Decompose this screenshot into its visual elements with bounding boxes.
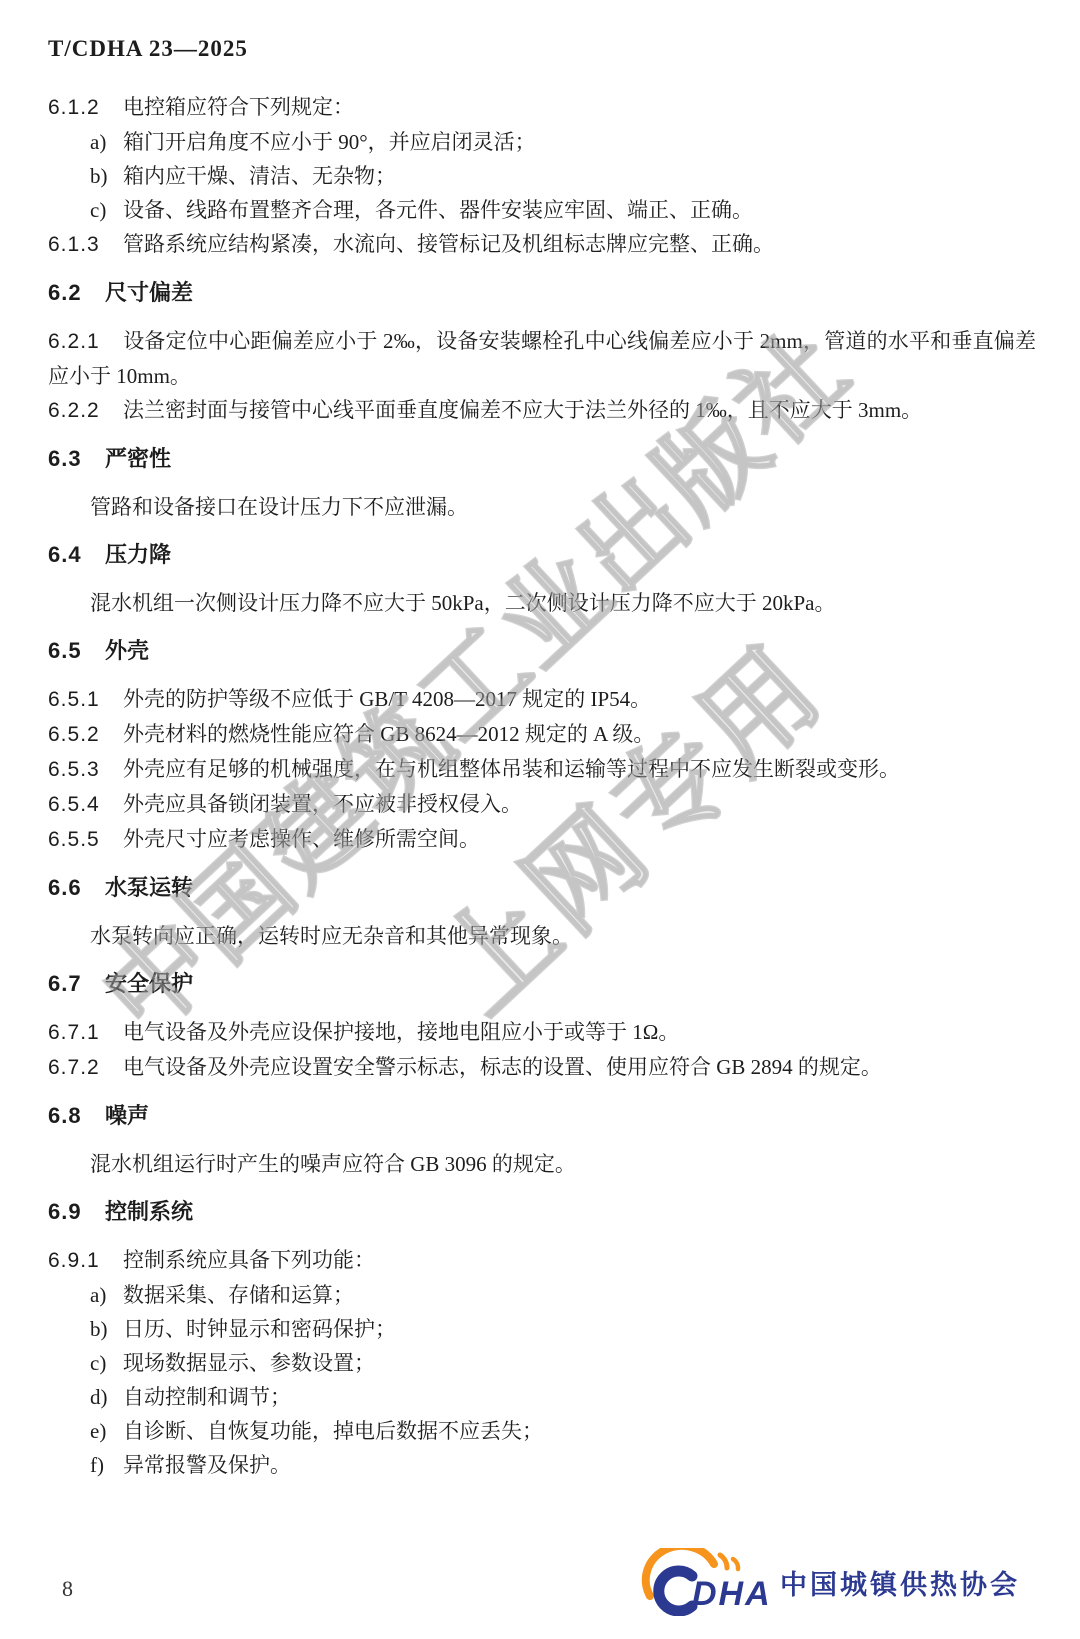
list-item: e)自诊断、自恢复功能，掉电后数据不应丢失； — [48, 1414, 1036, 1448]
clause: 6.1.3管路系统应结构紧凑，水流向、接管标记及机组标志牌应完整、正确。 — [48, 227, 1036, 262]
clause-text: 外壳应有足够的机械强度，在与机组整体吊装和运输等过程中不应发生断裂或变形。 — [123, 757, 900, 781]
section-title: 水泵运转 — [105, 875, 193, 900]
section-title: 控制系统 — [105, 1199, 193, 1224]
section-title: 尺寸偏差 — [105, 280, 193, 305]
section-title: 严密性 — [105, 446, 171, 471]
list-item: a)数据采集、存储和运算； — [48, 1278, 1036, 1312]
list-item-text: 异常报警及保护。 — [123, 1453, 291, 1477]
clause: 6.5.4外壳应具备锁闭装置，不应被非授权侵入。 — [48, 787, 1036, 822]
clause-number: 6.5.1 — [48, 683, 123, 717]
clause-number: 6.2.1 — [48, 325, 123, 359]
list-item-label: d) — [90, 1380, 123, 1414]
clause-number: 6.1.3 — [48, 228, 123, 262]
list-item-text: 箱内应干燥、清洁、无杂物； — [123, 164, 396, 188]
section-number: 6.6 — [48, 871, 105, 905]
list-item-text: 数据采集、存储和运算； — [123, 1283, 354, 1307]
page-container: T/CDHA 23—2025 6.1.2电控箱应符合下列规定：a)箱门开启角度不… — [0, 0, 1080, 1639]
clause-text: 外壳材料的燃烧性能应符合 GB 8624—2012 规定的 A 级。 — [123, 722, 654, 746]
section-number: 6.7 — [48, 967, 105, 1001]
document-body: 6.1.2电控箱应符合下列规定：a)箱门开启角度不应小于 90°，并应启闭灵活；… — [48, 90, 1036, 1482]
section-title: 噪声 — [105, 1103, 149, 1128]
list-item-label: f) — [90, 1448, 123, 1482]
clause-text: 控制系统应具备下列功能： — [123, 1248, 375, 1272]
clause: 6.5.3外壳应有足够的机械强度，在与机组整体吊装和运输等过程中不应发生断裂或变… — [48, 752, 1036, 787]
list-item-label: c) — [90, 193, 123, 227]
section-heading: 6.3严密性 — [48, 442, 1036, 476]
list-item: f)异常报警及保护。 — [48, 1448, 1036, 1482]
list-item-text: 自诊断、自恢复功能，掉电后数据不应丢失； — [123, 1419, 543, 1443]
clause-text: 电控箱应符合下列规定： — [123, 95, 354, 119]
page-number: 8 — [62, 1576, 73, 1602]
clause-text: 外壳的防护等级不应低于 GB/T 4208—2017 规定的 IP54。 — [123, 687, 651, 711]
clause: 6.7.2电气设备及外壳应设置安全警示标志，标志的设置、使用应符合 GB 289… — [48, 1050, 1036, 1085]
clause: 6.7.1电气设备及外壳应设保护接地，接地电阻应小于或等于 1Ω。 — [48, 1015, 1036, 1050]
clause-text: 设备定位中心距偏差应小于 2‰，设备安装螺栓孔中心线偏差应小于 2mm，管道的水… — [48, 329, 1036, 388]
section-number: 6.3 — [48, 442, 105, 476]
clause-number: 6.7.1 — [48, 1016, 123, 1050]
section-number: 6.2 — [48, 276, 105, 310]
clause: 6.1.2电控箱应符合下列规定： — [48, 90, 1036, 125]
section-title: 安全保护 — [105, 971, 193, 996]
list-item-text: 现场数据显示、参数设置； — [123, 1351, 375, 1375]
list-item: a)箱门开启角度不应小于 90°，并应启闭灵活； — [48, 125, 1036, 159]
clause: 6.9.1控制系统应具备下列功能： — [48, 1243, 1036, 1278]
list-item: b)箱内应干燥、清洁、无杂物； — [48, 159, 1036, 193]
cdha-logo-icon: DHA — [640, 1548, 772, 1616]
cdha-logo-acronym: DHA — [692, 1575, 772, 1613]
clause-number: 6.5.5 — [48, 823, 123, 857]
list-item-label: b) — [90, 1312, 123, 1346]
section-number: 6.5 — [48, 634, 105, 668]
section-number: 6.9 — [48, 1195, 105, 1229]
list-item-label: a) — [90, 125, 123, 159]
paragraph: 混水机组运行时产生的噪声应符合 GB 3096 的规定。 — [48, 1147, 1036, 1181]
clause-number: 6.5.3 — [48, 753, 123, 787]
clause: 6.5.1外壳的防护等级不应低于 GB/T 4208—2017 规定的 IP54… — [48, 682, 1036, 717]
list-item-text: 箱门开启角度不应小于 90°，并应启闭灵活； — [123, 130, 536, 154]
clause: 6.5.5外壳尺寸应考虑操作、维修所需空间。 — [48, 822, 1036, 857]
clause: 6.5.2外壳材料的燃烧性能应符合 GB 8624—2012 规定的 A 级。 — [48, 717, 1036, 752]
list-item: c)设备、线路布置整齐合理，各元件、器件安装应牢固、端正、正确。 — [48, 193, 1036, 227]
section-heading: 6.4压力降 — [48, 538, 1036, 572]
list-item-label: c) — [90, 1346, 123, 1380]
clause-text: 电气设备及外壳应设置安全警示标志，标志的设置、使用应符合 GB 2894 的规定… — [123, 1055, 882, 1079]
section-heading: 6.7安全保护 — [48, 967, 1036, 1001]
section-heading: 6.8噪声 — [48, 1099, 1036, 1133]
list-item-text: 自动控制和调节； — [123, 1385, 291, 1409]
list-item: c)现场数据显示、参数设置； — [48, 1346, 1036, 1380]
clause: 6.2.1设备定位中心距偏差应小于 2‰，设备安装螺栓孔中心线偏差应小于 2mm… — [48, 324, 1036, 393]
clause-text: 外壳应具备锁闭装置，不应被非授权侵入。 — [123, 792, 522, 816]
section-heading: 6.6水泵运转 — [48, 871, 1036, 905]
clause: 6.2.2法兰密封面与接管中心线平面垂直度偏差不应大于法兰外径的 1‰，且不应大… — [48, 393, 1036, 428]
list-item-label: b) — [90, 159, 123, 193]
document-header: T/CDHA 23—2025 — [48, 36, 248, 62]
clause-number: 6.9.1 — [48, 1244, 123, 1278]
list-item: b)日历、时钟显示和密码保护； — [48, 1312, 1036, 1346]
section-heading: 6.5外壳 — [48, 634, 1036, 668]
clause-text: 法兰密封面与接管中心线平面垂直度偏差不应大于法兰外径的 1‰，且不应大于 3mm… — [123, 398, 922, 422]
clause-number: 6.7.2 — [48, 1051, 123, 1085]
clause-number: 6.5.4 — [48, 788, 123, 822]
org-name-text: 中国城镇供热协会 — [780, 1563, 1020, 1602]
clause-text: 管路系统应结构紧凑，水流向、接管标记及机组标志牌应完整、正确。 — [123, 232, 774, 256]
footer-logo: DHA 中国城镇供热协会 — [640, 1548, 1020, 1616]
paragraph: 水泵转向应正确，运转时应无杂音和其他异常现象。 — [48, 919, 1036, 953]
clause-number: 6.2.2 — [48, 394, 123, 428]
section-heading: 6.9控制系统 — [48, 1195, 1036, 1229]
paragraph: 混水机组一次侧设计压力降不应大于 50kPa，二次侧设计压力降不应大于 20kP… — [48, 586, 1036, 620]
list-item-text: 设备、线路布置整齐合理，各元件、器件安装应牢固、端正、正确。 — [123, 198, 753, 222]
list-item-label: a) — [90, 1278, 123, 1312]
clause-text: 外壳尺寸应考虑操作、维修所需空间。 — [123, 827, 480, 851]
list-item-text: 日历、时钟显示和密码保护； — [123, 1317, 396, 1341]
section-number: 6.4 — [48, 538, 105, 572]
clause-text: 电气设备及外壳应设保护接地，接地电阻应小于或等于 1Ω。 — [123, 1020, 679, 1044]
section-heading: 6.2尺寸偏差 — [48, 276, 1036, 310]
section-title: 外壳 — [105, 638, 149, 663]
section-title: 压力降 — [105, 542, 171, 567]
list-item: d)自动控制和调节； — [48, 1380, 1036, 1414]
paragraph: 管路和设备接口在设计压力下不应泄漏。 — [48, 490, 1036, 524]
clause-number: 6.5.2 — [48, 718, 123, 752]
list-item-label: e) — [90, 1414, 123, 1448]
section-number: 6.8 — [48, 1099, 105, 1133]
clause-number: 6.1.2 — [48, 91, 123, 125]
